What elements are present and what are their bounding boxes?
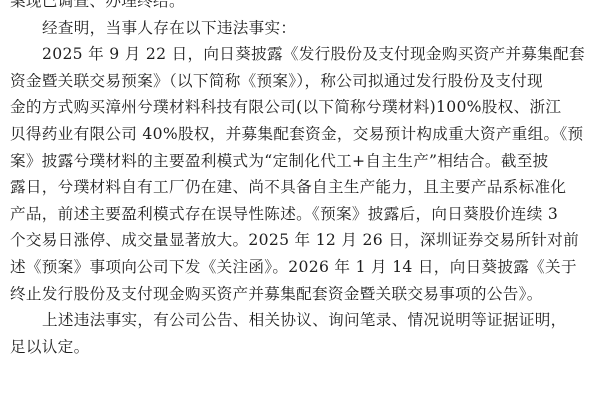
paragraph-findings-intro: 经查明，当事人存在以下违法事实： xyxy=(10,15,590,42)
text-line: 贝得药业有限公司 40%股权，并募集配套资金，交易预计构成重大资产重组。《预 xyxy=(10,121,590,148)
text-line: 案》披露兮璞材料的主要盈利模式为“定制化代工+自主生产”相结合。截至披 xyxy=(10,148,590,175)
paragraph-evidence: 上述违法事实，有公司公告、相关协议、询问笔录、情况说明等证据证明， xyxy=(10,307,590,334)
text-line-partial: 案现已调查、办理终结。 xyxy=(10,0,590,15)
text-line: 资金暨关联交易预案》（以下简称《预案》），称公司拟通过发行股份及支付现 xyxy=(10,68,590,95)
text-line: 终止发行股份及支付现金购买资产并募集配套资金暨关联交易事项的公告》。 xyxy=(10,281,590,308)
text-line: 述《预案》事项向公司下发《关注函》。2026 年 1 月 14 日，向日葵披露《… xyxy=(10,254,590,281)
text-line: 足以认定。 xyxy=(10,334,590,361)
text-line: 产品，前述主要盈利模式存在误导性陈述。《预案》披露后，向日葵股价连续 3 xyxy=(10,201,590,228)
document-body: 案现已调查、办理终结。 经查明，当事人存在以下违法事实： 2025 年 9 月 … xyxy=(10,0,590,360)
text-line: 露日，兮璞材料自有工厂仍在建、尚不具备自主生产能力，且主要产品系标准化 xyxy=(10,174,590,201)
text-line: 2025 年 9 月 22 日，向日葵披露《发行股份及支付现金购买资产并募集配套 xyxy=(10,41,590,68)
text-line: 个交易日涨停、成交量显著放大。2025 年 12 月 26 日，深圳证券交易所针… xyxy=(10,227,590,254)
text-line: 金的方式购买漳州兮璞材料科技有限公司(以下简称兮璞材料)100%股权、浙江 xyxy=(10,94,590,121)
